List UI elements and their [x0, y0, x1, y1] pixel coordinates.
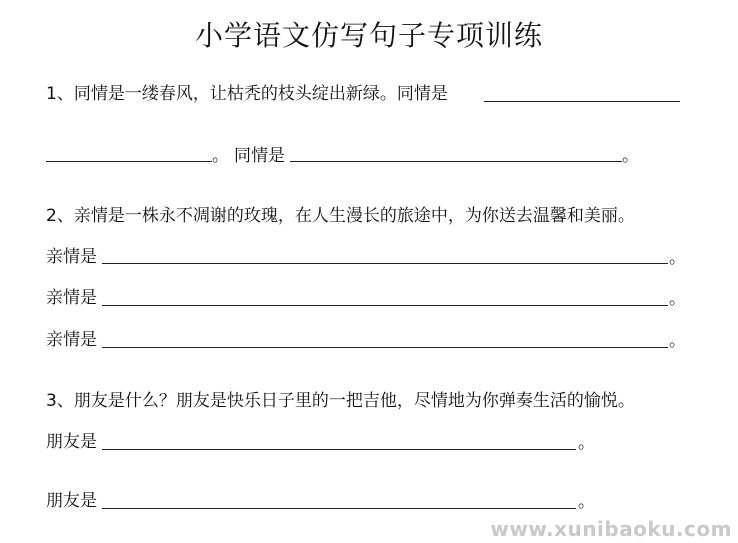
period: 。: [578, 433, 595, 453]
answer-blank[interactable]: [102, 347, 668, 348]
question-1-prompt: 1、同情是一缕春风，让枯秃的枝头绽出新绿。同情是: [46, 84, 448, 104]
answer-label: 朋友是: [46, 432, 97, 452]
answer-blank[interactable]: [46, 161, 212, 162]
answer-blank[interactable]: [102, 305, 668, 306]
period: 。: [669, 248, 686, 268]
answer-blank[interactable]: [102, 508, 576, 509]
answer-label: 亲情是: [46, 330, 97, 350]
answer-blank[interactable]: [102, 449, 576, 450]
answer-blank[interactable]: [484, 101, 680, 102]
question-3-prompt: 3、朋友是什么？朋友是快乐日子里的一把吉他，尽情地为你弹奏生活的愉悦。: [46, 391, 635, 411]
period: 。: [212, 146, 229, 166]
answer-blank[interactable]: [102, 263, 668, 264]
answer-label: 亲情是: [46, 247, 97, 267]
answer-label: 亲情是: [46, 288, 97, 308]
question-2-prompt: 2、亲情是一株永不凋谢的玫瑰，在人生漫长的旅途中，为你送去温馨和美丽。: [46, 206, 635, 226]
period: 。: [622, 146, 639, 166]
watermark: www.xunibaoku.com: [490, 517, 732, 541]
answer-label: 朋友是: [46, 491, 97, 511]
answer-label: 同情是: [234, 146, 285, 166]
period: 。: [669, 289, 686, 309]
answer-blank[interactable]: [290, 161, 622, 162]
period: 。: [669, 331, 686, 351]
period: 。: [578, 492, 595, 512]
page-title: 小学语文仿写句子专项训练: [0, 14, 738, 54]
